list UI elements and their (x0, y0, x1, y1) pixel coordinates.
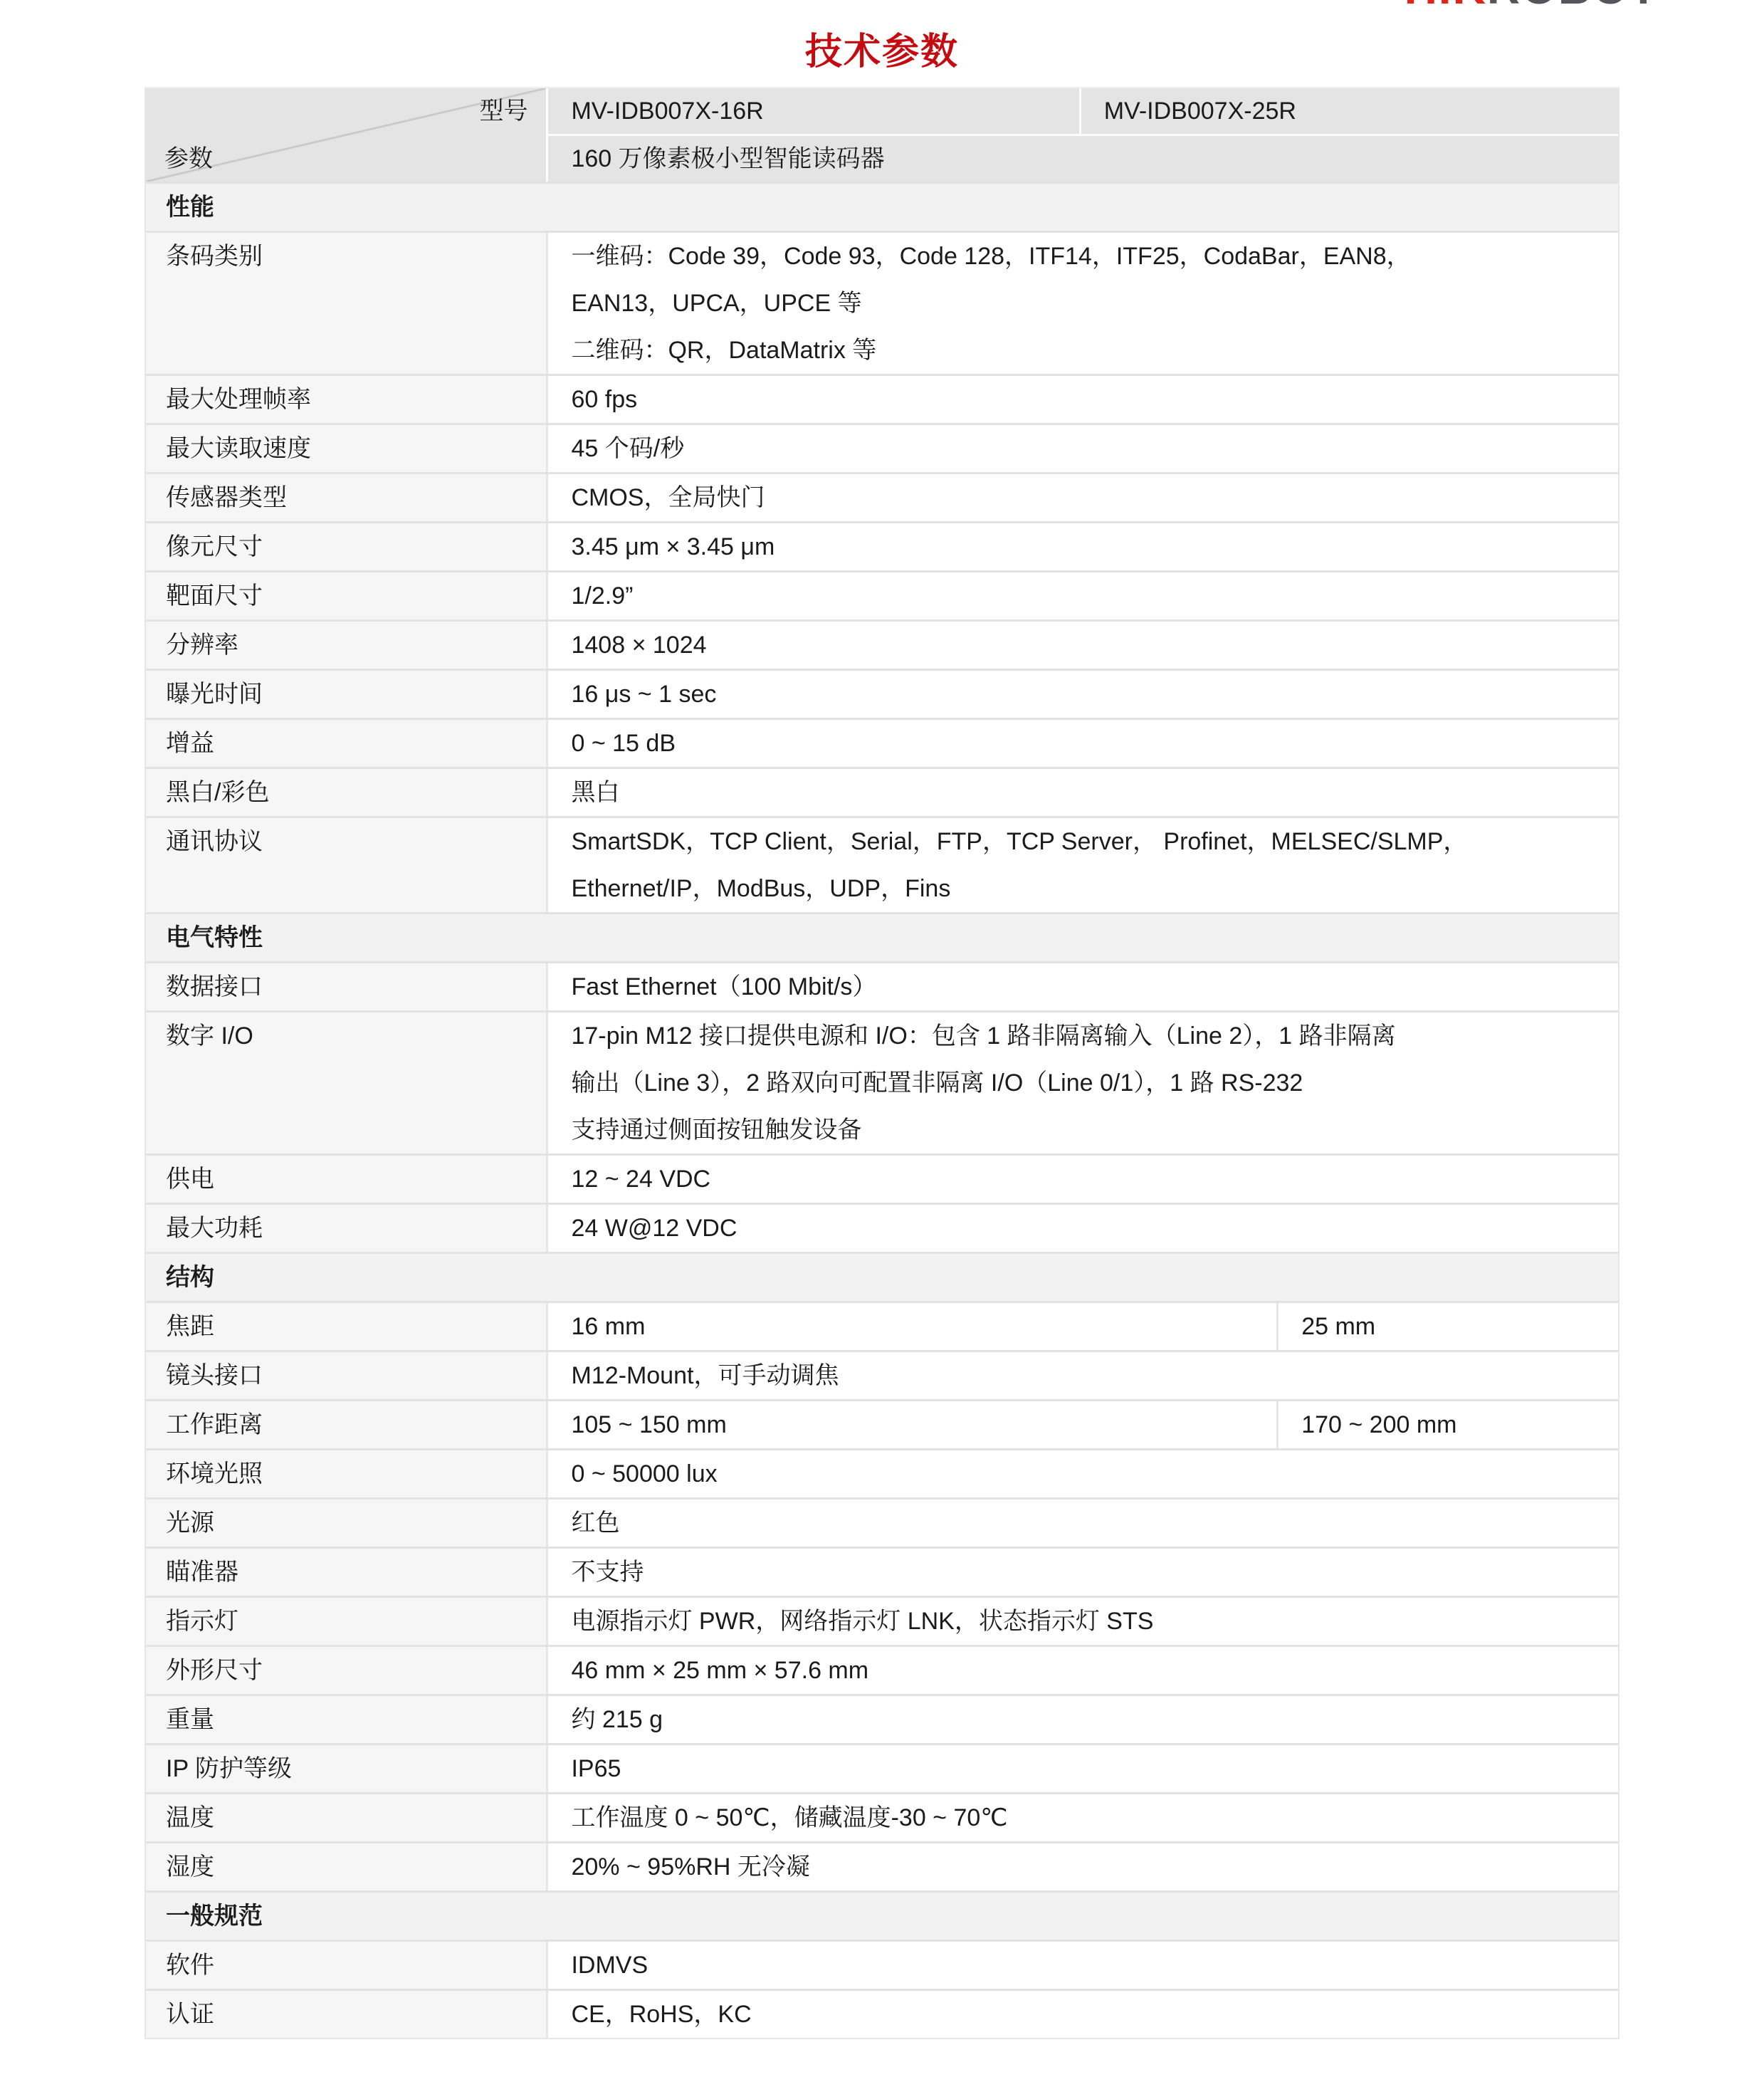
header-corner-param-label: 参数 (164, 143, 213, 174)
spec-row: 环境光照0 ~ 50000 lux (146, 1448, 1618, 1497)
spec-value-line: IDMVS (571, 1942, 1618, 1989)
spec-value-line: 一维码：Code 39，Code 93，Code 128，ITF14，ITF25… (571, 233, 1618, 280)
spec-label: 认证 (146, 1991, 546, 2038)
section-row: 一般规范 (146, 1890, 1618, 1940)
spec-value-line: IP65 (571, 1745, 1618, 1792)
spec-value-line: 支持通过侧面按钮触发设备 (571, 1106, 1618, 1153)
brand-logo-text: HIKROBOT (1405, 0, 1659, 10)
spec-value-line: M12-Mount，可手动调焦 (571, 1352, 1618, 1399)
spec-row: 条码类别一维码：Code 39，Code 93，Code 128，ITF14，I… (146, 231, 1618, 374)
spec-value-line: 46 mm × 25 mm × 57.6 mm (571, 1647, 1618, 1694)
spec-label: 湿度 (146, 1843, 546, 1890)
spec-value: 17-pin M12 接口提供电源和 I/O：包含 1 路非隔离输入（Line … (546, 1013, 1618, 1153)
spec-row: 曝光时间16 μs ~ 1 sec (146, 669, 1618, 718)
spec-row: 增益0 ~ 15 dB (146, 718, 1618, 767)
spec-value: 3.45 μm × 3.45 μm (546, 523, 1618, 570)
spec-label: 温度 (146, 1794, 546, 1841)
spec-row: 最大功耗24 W@12 VDC (146, 1203, 1618, 1252)
spec-row: 供电12 ~ 24 VDC (146, 1153, 1618, 1203)
table-header: 型号 参数 MV-IDB007X-16R MV-IDB007X-25R 160 … (146, 88, 1618, 182)
spec-value-line: 60 fps (571, 376, 1618, 423)
spec-value-line: 3.45 μm × 3.45 μm (571, 523, 1618, 570)
header-model-1: MV-IDB007X-16R (548, 88, 1078, 134)
spec-label: 条码类别 (146, 233, 546, 374)
spec-label: 最大读取速度 (146, 425, 546, 472)
spec-row: 外形尺寸46 mm × 25 mm × 57.6 mm (146, 1645, 1618, 1694)
spec-value-line: 不支持 (571, 1549, 1618, 1596)
page-title: 技术参数 (0, 0, 1764, 68)
section-row: 电气特性 (146, 912, 1618, 961)
spec-label: 最大处理帧率 (146, 376, 546, 423)
spec-value-col1: 105 ~ 150 mm (546, 1401, 1276, 1448)
spec-value-line: Fast Ethernet（100 Mbit/s） (571, 963, 1618, 1010)
section-row: 性能 (146, 182, 1618, 231)
spec-value: IP65 (546, 1745, 1618, 1792)
spec-value: SmartSDK，TCP Client，Serial，FTP，TCP Serve… (546, 818, 1618, 912)
spec-value: 24 W@12 VDC (546, 1205, 1618, 1252)
spec-row: 焦距16 mm25 mm (146, 1301, 1618, 1350)
spec-value-line: 红色 (571, 1500, 1618, 1547)
spec-table: 型号 参数 MV-IDB007X-16R MV-IDB007X-25R 160 … (145, 87, 1619, 2039)
spec-label: 像元尺寸 (146, 523, 546, 570)
spec-row: 温度工作温度 0 ~ 50℃，储藏温度-30 ~ 70℃ (146, 1792, 1618, 1841)
spec-value: 1/2.9” (546, 572, 1618, 619)
spec-label: 增益 (146, 720, 546, 767)
spec-row: IP 防护等级IP65 (146, 1743, 1618, 1792)
spec-value: CMOS，全局快门 (546, 474, 1618, 521)
spec-value-line: CE，RoHS，KC (571, 1991, 1618, 2038)
section-header: 电气特性 (146, 914, 1618, 961)
spec-value: 16 μs ~ 1 sec (546, 671, 1618, 718)
spec-row: 分辨率1408 × 1024 (146, 619, 1618, 669)
spec-label: 软件 (146, 1942, 546, 1989)
spec-value-line: 0 ~ 15 dB (571, 720, 1618, 767)
spec-value-line: 12 ~ 24 VDC (571, 1156, 1618, 1203)
spec-row: 镜头接口M12-Mount，可手动调焦 (146, 1350, 1618, 1399)
spec-value-line: 工作温度 0 ~ 50℃，储藏温度-30 ~ 70℃ (571, 1794, 1618, 1841)
spec-label: 传感器类型 (146, 474, 546, 521)
spec-label: 曝光时间 (146, 671, 546, 718)
section-row: 结构 (146, 1252, 1618, 1301)
spec-value: 1408 × 1024 (546, 622, 1618, 669)
spec-value: 工作温度 0 ~ 50℃，储藏温度-30 ~ 70℃ (546, 1794, 1618, 1841)
spec-value: 12 ~ 24 VDC (546, 1156, 1618, 1203)
spec-value: 46 mm × 25 mm × 57.6 mm (546, 1647, 1618, 1694)
spec-value: 电源指示灯 PWR，网络指示灯 LNK，状态指示灯 STS (546, 1598, 1618, 1645)
spec-value-col2: 25 mm (1276, 1303, 1618, 1350)
spec-row: 重量约 215 g (146, 1694, 1618, 1743)
spec-label: 光源 (146, 1500, 546, 1547)
spec-label: 瞄准器 (146, 1549, 546, 1596)
spec-value-line: 1408 × 1024 (571, 622, 1618, 669)
spec-row: 靶面尺寸1/2.9” (146, 570, 1618, 619)
spec-row: 瞄准器不支持 (146, 1547, 1618, 1596)
spec-row: 像元尺寸3.45 μm × 3.45 μm (146, 521, 1618, 570)
spec-row: 指示灯电源指示灯 PWR，网络指示灯 LNK，状态指示灯 STS (146, 1596, 1618, 1645)
spec-value-col2: 170 ~ 200 mm (1276, 1401, 1618, 1448)
brand-logo-red-part: HIK (1405, 0, 1487, 10)
header-right: MV-IDB007X-16R MV-IDB007X-25R 160 万像素极小型… (548, 88, 1618, 182)
header-model-row: MV-IDB007X-16R MV-IDB007X-25R (548, 88, 1618, 134)
spec-row: 传感器类型CMOS，全局快门 (146, 472, 1618, 521)
spec-value-line: 黑白 (571, 769, 1618, 816)
spec-label: 数字 I/O (146, 1013, 546, 1153)
spec-label: 指示灯 (146, 1598, 546, 1645)
spec-label: 外形尺寸 (146, 1647, 546, 1694)
spec-value: 20% ~ 95%RH 无冷凝 (546, 1843, 1618, 1890)
spec-value: Fast Ethernet（100 Mbit/s） (546, 963, 1618, 1010)
spec-value-line: 0 ~ 50000 lux (571, 1450, 1618, 1497)
spec-row: 光源红色 (146, 1497, 1618, 1547)
spec-row: 通讯协议SmartSDK，TCP Client，Serial，FTP，TCP S… (146, 816, 1618, 912)
spec-value-line: CMOS，全局快门 (571, 474, 1618, 521)
spec-value: 一维码：Code 39，Code 93，Code 128，ITF14，ITF25… (546, 233, 1618, 374)
spec-value-line: 二维码：QR，DataMatrix 等 (571, 327, 1618, 374)
spec-row: 数据接口Fast Ethernet（100 Mbit/s） (146, 961, 1618, 1010)
spec-label: 镜头接口 (146, 1352, 546, 1399)
spec-value-line: 电源指示灯 PWR，网络指示灯 LNK，状态指示灯 STS (571, 1598, 1618, 1645)
spec-row: 工作距离105 ~ 150 mm170 ~ 200 mm (146, 1399, 1618, 1448)
spec-label: 靶面尺寸 (146, 572, 546, 619)
spec-label: 数据接口 (146, 963, 546, 1010)
spec-value: 黑白 (546, 769, 1618, 816)
spec-label: 分辨率 (146, 622, 546, 669)
spec-value: IDMVS (546, 1942, 1618, 1989)
spec-row: 软件IDMVS (146, 1940, 1618, 1989)
spec-value-line: 24 W@12 VDC (571, 1205, 1618, 1252)
spec-label: 供电 (146, 1156, 546, 1203)
spec-value-line: 17-pin M12 接口提供电源和 I/O：包含 1 路非隔离输入（Line … (571, 1013, 1618, 1060)
spec-row: 数字 I/O17-pin M12 接口提供电源和 I/O：包含 1 路非隔离输入… (146, 1010, 1618, 1153)
spec-row: 最大处理帧率60 fps (146, 374, 1618, 423)
spec-value: 红色 (546, 1500, 1618, 1547)
brand-logo-dark-part: ROBOT (1487, 0, 1659, 10)
spec-value: CE，RoHS，KC (546, 1991, 1618, 2038)
spec-value: 60 fps (546, 376, 1618, 423)
spec-label: 焦距 (146, 1303, 546, 1350)
spec-rows-container: 性能条码类别一维码：Code 39，Code 93，Code 128，ITF14… (146, 182, 1618, 2038)
section-header: 一般规范 (146, 1893, 1618, 1940)
spec-value-line: EAN13，UPCA，UPCE 等 (571, 280, 1618, 327)
spec-label: 重量 (146, 1696, 546, 1743)
brand-logo: HIKROBOT (1405, 0, 1659, 10)
spec-value-line: 约 215 g (571, 1696, 1618, 1743)
spec-value: 45 个码/秒 (546, 425, 1618, 472)
spec-value-line: SmartSDK，TCP Client，Serial，FTP，TCP Serve… (571, 818, 1618, 865)
spec-row: 湿度20% ~ 95%RH 无冷凝 (146, 1841, 1618, 1890)
spec-label: 通讯协议 (146, 818, 546, 912)
spec-value-line: 1/2.9” (571, 572, 1618, 619)
spec-value-line: 输出（Line 3），2 路双向可配置非隔离 I/O（Line 0/1），1 路… (571, 1060, 1618, 1106)
header-product-description: 160 万像素极小型智能读码器 (548, 136, 1618, 182)
header-model-2: MV-IDB007X-25R (1081, 88, 1618, 134)
section-header: 结构 (146, 1254, 1618, 1301)
spec-value: 0 ~ 50000 lux (546, 1450, 1618, 1497)
spec-row: 黑白/彩色黑白 (146, 767, 1618, 816)
spec-value-line: Ethernet/IP，ModBus，UDP，Fins (571, 865, 1618, 912)
spec-label: IP 防护等级 (146, 1745, 546, 1792)
spec-value-line: 20% ~ 95%RH 无冷凝 (571, 1843, 1618, 1890)
section-header: 性能 (146, 184, 1618, 231)
spec-row: 最大读取速度45 个码/秒 (146, 423, 1618, 472)
spec-value: 不支持 (546, 1549, 1618, 1596)
spec-value: 0 ~ 15 dB (546, 720, 1618, 767)
spec-value-col1: 16 mm (546, 1303, 1276, 1350)
spec-label: 工作距离 (146, 1401, 546, 1448)
spec-value-line: 45 个码/秒 (571, 425, 1618, 472)
spec-label: 环境光照 (146, 1450, 546, 1497)
spec-label: 最大功耗 (146, 1205, 546, 1252)
spec-value: M12-Mount，可手动调焦 (546, 1352, 1618, 1399)
spec-row: 认证CE，RoHS，KC (146, 1989, 1618, 2038)
spec-label: 黑白/彩色 (146, 769, 546, 816)
header-corner-model-label: 型号 (479, 95, 527, 127)
spec-value: 约 215 g (546, 1696, 1618, 1743)
header-corner-cell: 型号 参数 (146, 88, 546, 182)
spec-value-line: 16 μs ~ 1 sec (571, 671, 1618, 718)
